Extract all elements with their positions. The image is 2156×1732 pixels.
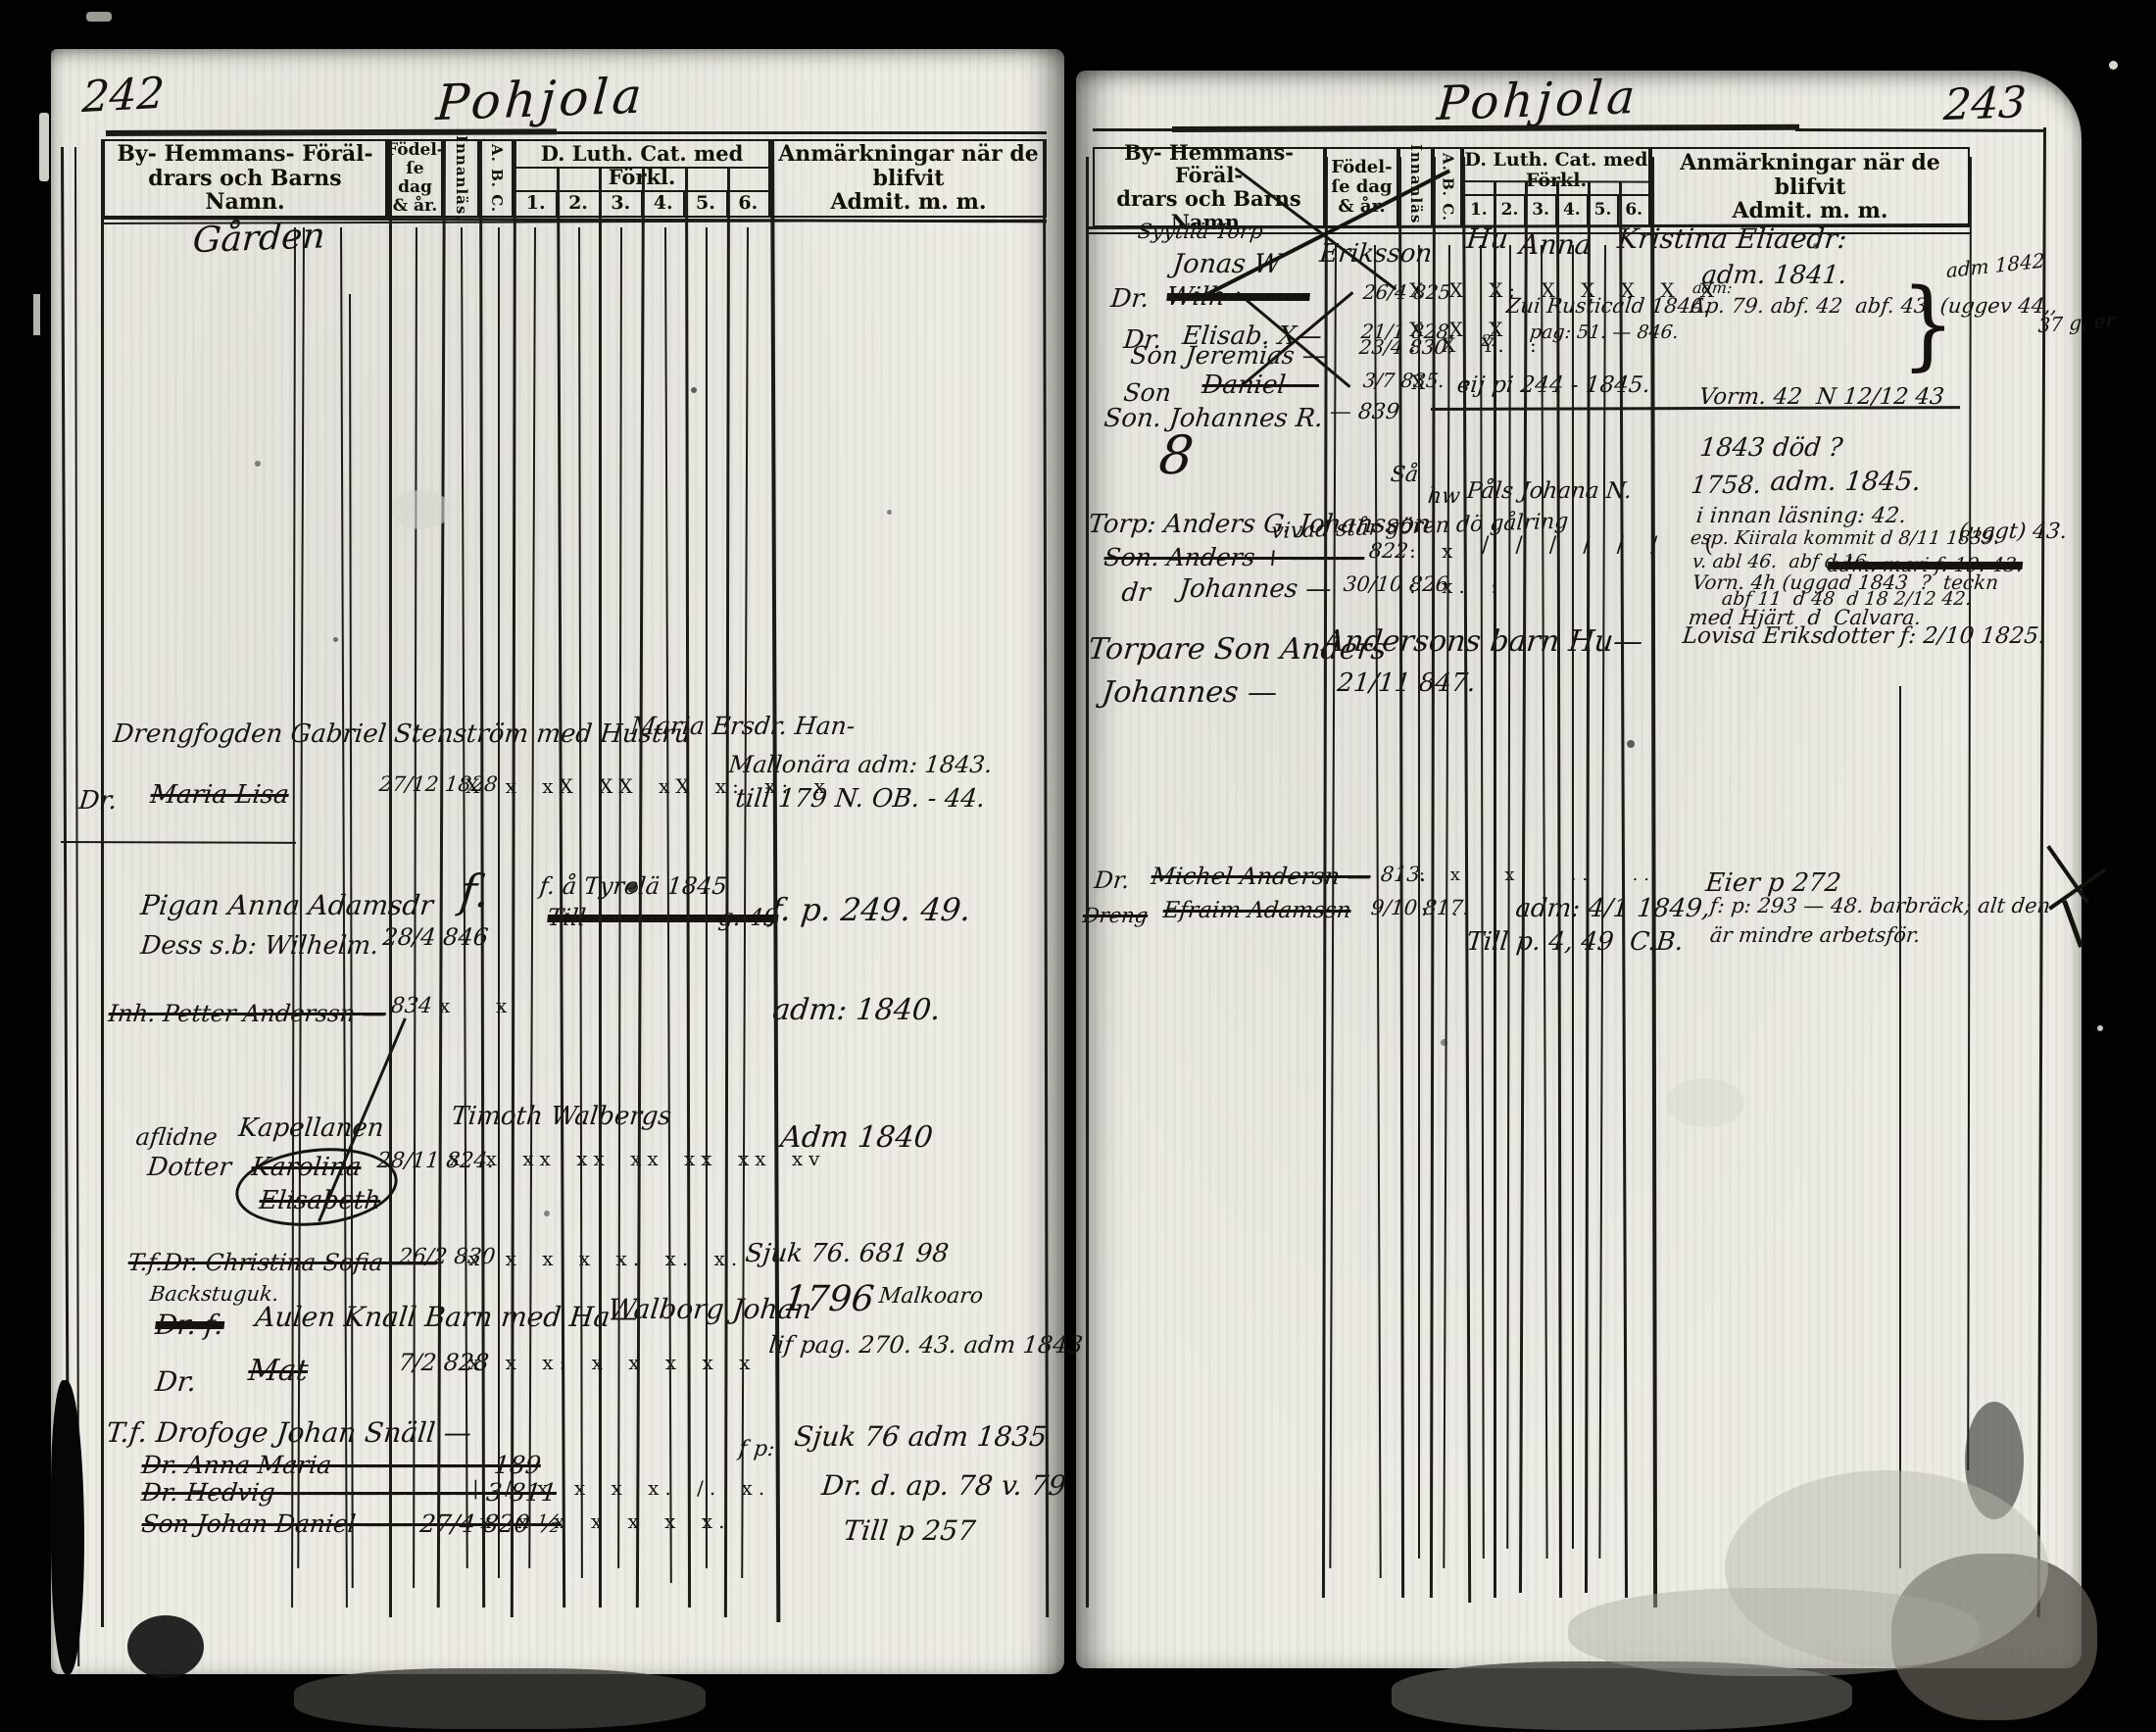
- handwritten-entry: dr: [1120, 580, 1151, 606]
- handwritten-entry: Maria Ersdr. Han-: [629, 714, 856, 738]
- scan-artifact: [1627, 740, 1635, 748]
- scan-artifact: [1441, 1039, 1447, 1046]
- table-rule-line: [706, 227, 708, 1568]
- cat-subcol-6: 6.: [726, 192, 768, 216]
- scan-artifact: [294, 1668, 706, 1729]
- handwritten-entry: Dr.: [154, 1368, 198, 1396]
- handwritten-entry: Son. Johannes R.: [1102, 406, 1324, 431]
- handwritten-entry: Johannes —: [1178, 576, 1333, 602]
- scan-artifact: [691, 387, 697, 393]
- scan-artifact: [627, 882, 638, 893]
- table-rule-line: [1086, 232, 1970, 234]
- page-number-left: 242: [81, 73, 166, 121]
- handwritten-entry: Dr. d. ap. 78 v. 79: [820, 1472, 1067, 1500]
- scan-artifact: [2109, 61, 2118, 70]
- handwritten-entry: Drengfogden Gabriel Stenström med Hustru: [112, 721, 692, 747]
- scan-artifact: [1666, 1078, 1744, 1127]
- header-abc-column-right: A. B. C.: [1433, 147, 1462, 227]
- handwritten-entry: v. abl 46. abf d 16: [1691, 553, 1867, 571]
- scan-artifact: [127, 1615, 204, 1678]
- handwritten-entry: — 839: [1329, 402, 1400, 423]
- header-birth-line3: & år.: [393, 197, 438, 216]
- table-rule-line: [1572, 245, 1574, 1549]
- handwritten-entry: Andersons barn Hu—: [1322, 627, 1644, 657]
- handwritten-entry: i innan läsning: 42.: [1695, 506, 1907, 527]
- handwritten-entry: x x x x x x x.: [480, 1511, 730, 1531]
- handwritten-entry: 21/11 847.: [1336, 670, 1477, 696]
- handwritten-entry: 822: [1368, 541, 1409, 562]
- header-abc-column-left: A. B. C.: [479, 139, 514, 218]
- cat-subcol-3: 3.: [599, 192, 641, 216]
- scan-artifact: [86, 12, 112, 22]
- handwritten-entry: / / / / / / (: [1482, 535, 1719, 557]
- scan-artifact: [2097, 1025, 2103, 1031]
- table-rule-line: [514, 167, 770, 169]
- handwritten-entry: 1796: [782, 1282, 875, 1317]
- handwritten-entry: Zui Rusticald 1846.: [1505, 296, 1711, 317]
- scan-artifact: [544, 1211, 550, 1216]
- cat-subcol-4: 4.: [641, 192, 683, 216]
- handwritten-entry: lif pag. 270. 43. adm 1843: [767, 1333, 1084, 1357]
- header-name-column-right: By- Hemmans- Föräl- drars och Barns Namn…: [1093, 147, 1325, 227]
- document-scan: 242 Pohjola Pohjola 243 Gården By- Hemma…: [0, 0, 2156, 1732]
- handwritten-entry: f: p: 293 — 48. barbräck; alt den: [1709, 896, 2051, 916]
- handwritten-entry: 37 g. er: [2037, 311, 2115, 336]
- scan-artifact: [887, 510, 892, 515]
- header-name-column-left: By- Hemmans- Föräl- drars och Barns Namn…: [103, 139, 387, 218]
- handwritten-entry: x x x x x. x. x.: [468, 1249, 743, 1268]
- page-title-right: Pohjola: [1436, 74, 1641, 127]
- section-heading: Gården: [191, 219, 325, 259]
- cat-subcol-1: 1.: [515, 192, 556, 216]
- handwritten-entry: 1758.: [1690, 472, 1762, 497]
- header-remarks-column-left: Anmärkningar när de blifvit Admit. m. m.: [770, 139, 1047, 218]
- handwritten-entry: Så: [1390, 465, 1419, 486]
- page-number-right: 243: [1942, 81, 2028, 127]
- handwritten-entry: 834: [390, 996, 433, 1017]
- handwritten-entry: Eier p 272: [1704, 870, 1842, 896]
- handwritten-entry: Dr.: [77, 788, 118, 814]
- handwritten-entry: Ap. 79. abf. 42 abf. 43. (uggev 44,,: [1690, 296, 2059, 317]
- handwritten-entry: Adm 1840: [779, 1123, 934, 1153]
- cat-subcol-2: 2.: [1494, 196, 1525, 225]
- handwritten-entry: 8: [1156, 429, 1196, 482]
- scan-artifact: [1813, 243, 1819, 249]
- table-rule-line: [1093, 128, 1176, 131]
- handwritten-entry: : x x. .. ..: [1419, 866, 1655, 884]
- scan-artifact: [333, 637, 338, 642]
- handwritten-entry: adm. 1845.: [1769, 469, 1922, 495]
- scan-artifact: [39, 113, 49, 181]
- table-rule-line: [1418, 245, 1420, 1559]
- table-rule-line: [389, 139, 392, 1617]
- header-name-line1: By- Hemmans- Föräl-: [1095, 141, 1323, 187]
- handwritten-entry: Påls Johana N.: [1466, 480, 1633, 503]
- handwritten-entry: Son Jeremias —: [1129, 343, 1328, 368]
- header-remarks-column-right: Anmärkningar när de blifvit Admit. m. m.: [1650, 147, 1970, 227]
- cat-subcol-5: 5.: [683, 192, 725, 216]
- handwritten-entry: Son: [1122, 380, 1172, 405]
- header-remarks-line2: Admit. m. m.: [1732, 199, 1887, 223]
- handwritten-entry: T.f. Drofoge Johan Snäll —: [105, 1419, 472, 1447]
- handwritten-entry: Maria Lisa: [149, 782, 290, 808]
- header-birth-line2: ſe dag: [389, 160, 441, 197]
- header-birth-line1: Födel-: [1331, 158, 1392, 177]
- header-name-line1: By- Hemmans- Föräl-: [117, 142, 372, 167]
- handwritten-entry: Anna: [1518, 231, 1592, 259]
- handwritten-entry: T.f.Dr. Christina Sofia ——: [126, 1251, 438, 1274]
- handwritten-entry: (uggt) 43.: [1958, 521, 2069, 543]
- scan-artifact: [33, 294, 40, 335]
- scan-artifact: [392, 490, 451, 529]
- header-birth-line1: Födel-: [386, 141, 444, 160]
- header-remarks-line2: Admit. m. m.: [830, 190, 986, 215]
- table-rule-line: [549, 131, 1047, 134]
- handwritten-entry: : .: [1421, 902, 1464, 919]
- table-rule-line: [1899, 686, 1901, 1568]
- handwritten-entry: : X Y. :: [1409, 335, 1543, 355]
- header-birth-line2: ſe dag: [1331, 177, 1392, 197]
- handwritten-entry: är mindre arbetsför.: [1709, 925, 1922, 946]
- handwritten-entry: 1843 död ?: [1698, 435, 1843, 461]
- header-reading-column-left: Innanläs.: [443, 139, 479, 218]
- page-title-left: Pohjola: [434, 72, 647, 128]
- header-name-line2: drars och Barns Namn.: [105, 167, 385, 215]
- table-rule-line: [599, 169, 602, 1608]
- handwritten-entry: Dotter: [146, 1155, 232, 1180]
- handwritten-entry: Dreng: [1082, 906, 1149, 926]
- handwritten-entry: Johannes —: [1101, 678, 1279, 708]
- table-rule-line: [1086, 157, 1089, 1608]
- handwritten-entry: : x. :: [1409, 576, 1503, 596]
- header-abc-label: A. B. C.: [488, 144, 505, 213]
- header-remarks-line1: Anmärkningar när de blifvit: [1652, 151, 1968, 199]
- header-remarks-line1: Anmärkningar när de blifvit: [772, 142, 1045, 190]
- handwritten-entry: esp. Kiirala kommit d 8/11 1839.: [1690, 529, 2000, 548]
- header-reading-label: Innanläs.: [453, 135, 469, 222]
- header-abc-label: A. B. C.: [1440, 153, 1456, 222]
- table-rule-line: [498, 227, 500, 1578]
- handwritten-entry: Michel Andersn —: [1150, 865, 1371, 888]
- handwritten-entry: Till p 257: [842, 1517, 977, 1545]
- handwritten-entry: Dr.: [1093, 868, 1130, 892]
- cat-subcol-5: 5.: [1587, 196, 1618, 225]
- handwritten-entry: Lovisa Eriksdotter f: 2/10 1825.: [1682, 625, 2047, 648]
- scan-artifact: [255, 461, 261, 467]
- handwritten-entry: Dr. f:: [154, 1311, 225, 1339]
- table-rule-line: [1494, 181, 1496, 1598]
- handwritten-entry: f. p. 249. 49.: [769, 894, 973, 925]
- handwritten-entry: aflidne: [134, 1125, 219, 1149]
- cat-subcol-2: 2.: [556, 192, 598, 216]
- handwritten-entry: Sjuk 76 adm 1835: [793, 1423, 1049, 1451]
- header-birth-column-left: Födel- ſe dag & år.: [387, 139, 443, 218]
- handwritten-entry: 28/4 846: [381, 925, 489, 949]
- handwritten-entry: adm: 1840.: [771, 996, 942, 1025]
- handwritten-entry: x x: [439, 996, 513, 1015]
- cat-subcol-1: 1.: [1464, 196, 1494, 225]
- cat-subcol-3: 3.: [1524, 196, 1555, 225]
- handwritten-entry: }: [1901, 276, 1955, 373]
- handwritten-entry: Dr.: [1109, 286, 1150, 312]
- handwritten-entry: Daniel —: [1200, 372, 1320, 398]
- table-rule-line: [101, 139, 104, 1627]
- handwritten-entry: Malkoaro: [878, 1286, 984, 1308]
- handwritten-entry: Mallonära adm: 1843.: [727, 753, 993, 776]
- cat-subcol-4: 4.: [1555, 196, 1587, 225]
- scan-artifact: [1568, 1588, 1980, 1676]
- handwritten-entry: Hu: [1465, 225, 1509, 253]
- handwritten-entry: Wilh ———: [1165, 284, 1311, 310]
